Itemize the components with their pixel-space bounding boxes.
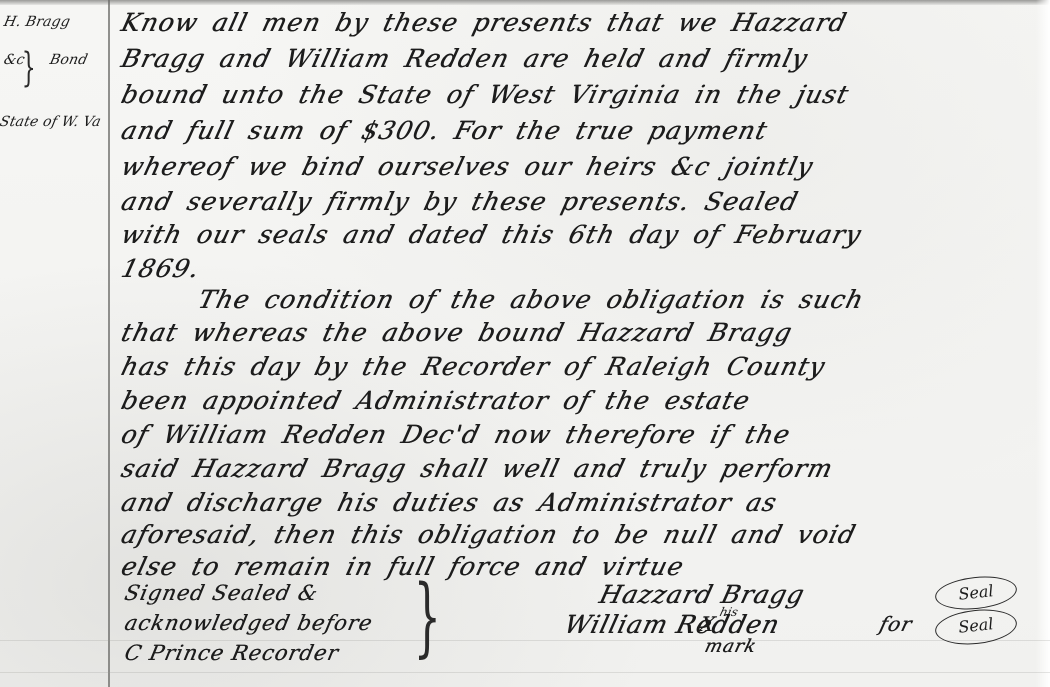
body-line: and full sum of $300. For the true payme… xyxy=(118,116,1045,146)
witness-line: C Prince Recorder xyxy=(122,638,342,668)
signature-william-redden-first: William Redden xyxy=(561,610,783,639)
mark-label-his: his xyxy=(718,605,739,619)
body-line: whereof we bind ourselves our heirs &c j… xyxy=(118,152,1045,182)
margin-note-type: Bond xyxy=(48,52,89,68)
margin-note-recipient: State of W. Va xyxy=(0,114,103,130)
ruled-line xyxy=(0,672,1050,673)
body-line: has this day by the Recorder of Raleigh … xyxy=(118,352,1045,382)
body-line: aforesaid, then this obligation to be nu… xyxy=(118,520,1045,550)
body-line: bound unto the State of West Virginia in… xyxy=(118,80,1045,110)
witness-line: Signed Sealed & xyxy=(122,578,321,608)
body-line: and discharge his duties as Administrato… xyxy=(118,488,1045,518)
body-line: with our seals and dated this 6th day of… xyxy=(118,220,1045,250)
margin-brace: } xyxy=(22,48,36,88)
body-line: that whereas the above bound Hazzard Bra… xyxy=(118,318,1045,348)
mark-label-mark: mark xyxy=(702,636,759,657)
document-page: H. Bragg &c } Bond State of W. Va Know a… xyxy=(0,0,1050,687)
body-line: of William Redden Dec'd now therefore if… xyxy=(118,420,1045,450)
signature-suffix-for: for xyxy=(877,612,915,636)
signature-first-name: William Redden xyxy=(561,610,783,639)
seal-2: Seal xyxy=(933,606,1018,648)
margin-rule xyxy=(108,0,110,687)
signature-hazzard-bragg: Hazzard Bragg xyxy=(596,580,807,609)
body-line: and severally firmly by these presents. … xyxy=(118,187,1045,217)
witness-line: acknowledged before xyxy=(122,608,376,638)
body-line: been appointed Administrator of the esta… xyxy=(118,386,1045,416)
body-line-year: 1869. xyxy=(118,254,1045,284)
body-line: Know all men by these presents that we H… xyxy=(118,8,1045,38)
page-top-edge xyxy=(0,0,1050,5)
body-line: The condition of the above obligation is… xyxy=(195,285,1050,315)
witness-brace: } xyxy=(414,574,441,660)
margin-note-name: H. Bragg xyxy=(2,14,71,30)
body-line: said Hazzard Bragg shall well and truly … xyxy=(118,454,1045,484)
body-line: Bragg and William Redden are held and fi… xyxy=(118,44,1045,74)
